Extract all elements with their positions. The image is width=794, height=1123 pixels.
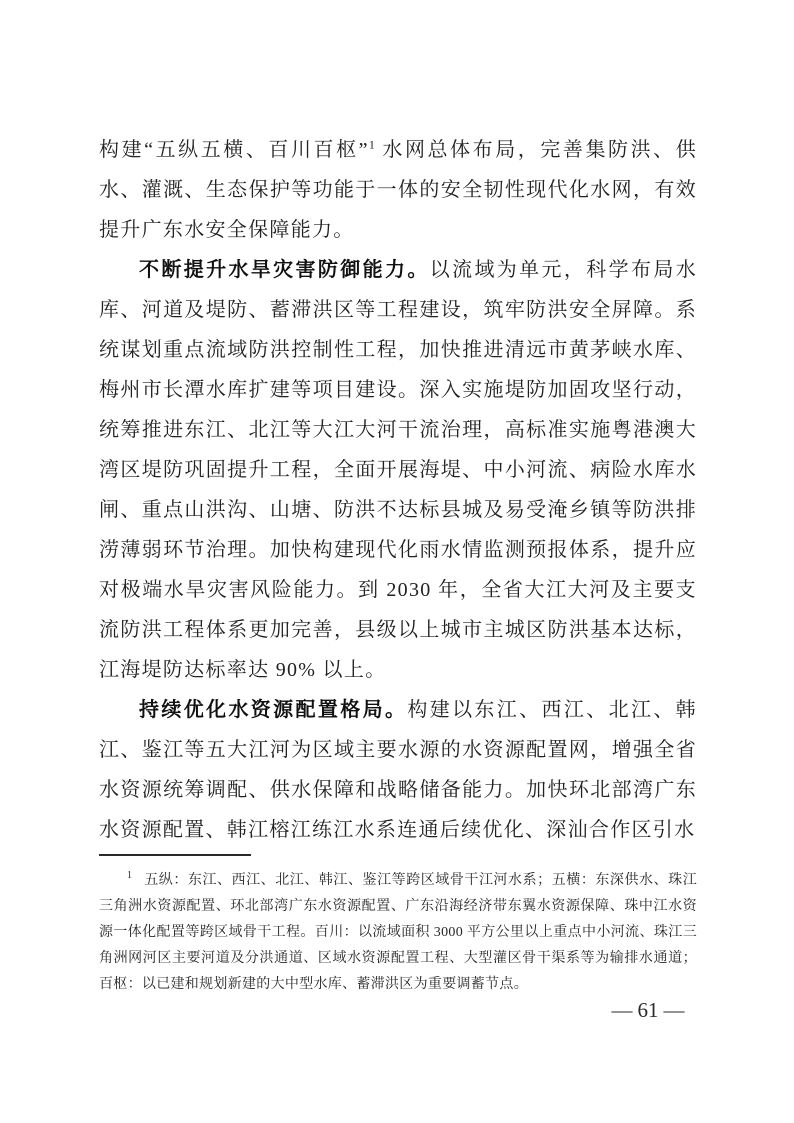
document-page: 构建“五纵五横、百川百枢”1 水网总体布局，完善集防洪、供水、灌溉、生态保护等功… — [0, 0, 794, 1123]
page-number: —61— — [588, 996, 708, 1024]
page-number-dash-left: — — [612, 998, 633, 1022]
footnote-divider — [99, 854, 251, 856]
page-number-value: 61 — [638, 998, 659, 1022]
paragraph-water-network: 构建“五纵五横、百川百枢”1 水网总体布局，完善集防洪、供水、灌溉、生态保护等功… — [99, 130, 697, 250]
paragraph-text: 以流域为单元，科学布局水库、河道及堤防、蓄滞洪区等工程建设，筑牢防洪安全屏障。系… — [99, 259, 697, 681]
paragraph-lead: 持续优化水资源配置格局。 — [139, 699, 407, 721]
body-text: 构建“五纵五横、百川百枢”1 水网总体布局，完善集防洪、供水、灌溉、生态保护等功… — [99, 130, 697, 850]
footnote-marker: 1 — [127, 870, 132, 881]
paragraph-lead: 不断提升水旱灾害防御能力。 — [139, 259, 430, 281]
footnote-section: 1五纵：东江、西江、北江、韩江、鉴江等跨区域骨干江河水系；五横：东深供水、珠江三… — [99, 854, 697, 998]
page-number-dash-right: — — [664, 998, 685, 1022]
paragraph-flood-control: 不断提升水旱灾害防御能力。以流域为单元，科学布局水库、河道及堤防、蓄滞洪区等工程… — [99, 250, 697, 690]
paragraph-text: 构建“五纵五横、百川百枢” — [99, 139, 369, 161]
footnote-text: 1五纵：东江、西江、北江、韩江、鉴江等跨区域骨干江河水系；五横：东深供水、珠江三… — [99, 868, 697, 998]
footnote-body: 五纵：东江、西江、北江、韩江、鉴江等跨区域骨干江河水系；五横：东深供水、珠江三角… — [99, 873, 697, 992]
paragraph-water-resources: 持续优化水资源配置格局。构建以东江、西江、北江、韩江、鉴江等五大江河为区域主要水… — [99, 690, 697, 850]
